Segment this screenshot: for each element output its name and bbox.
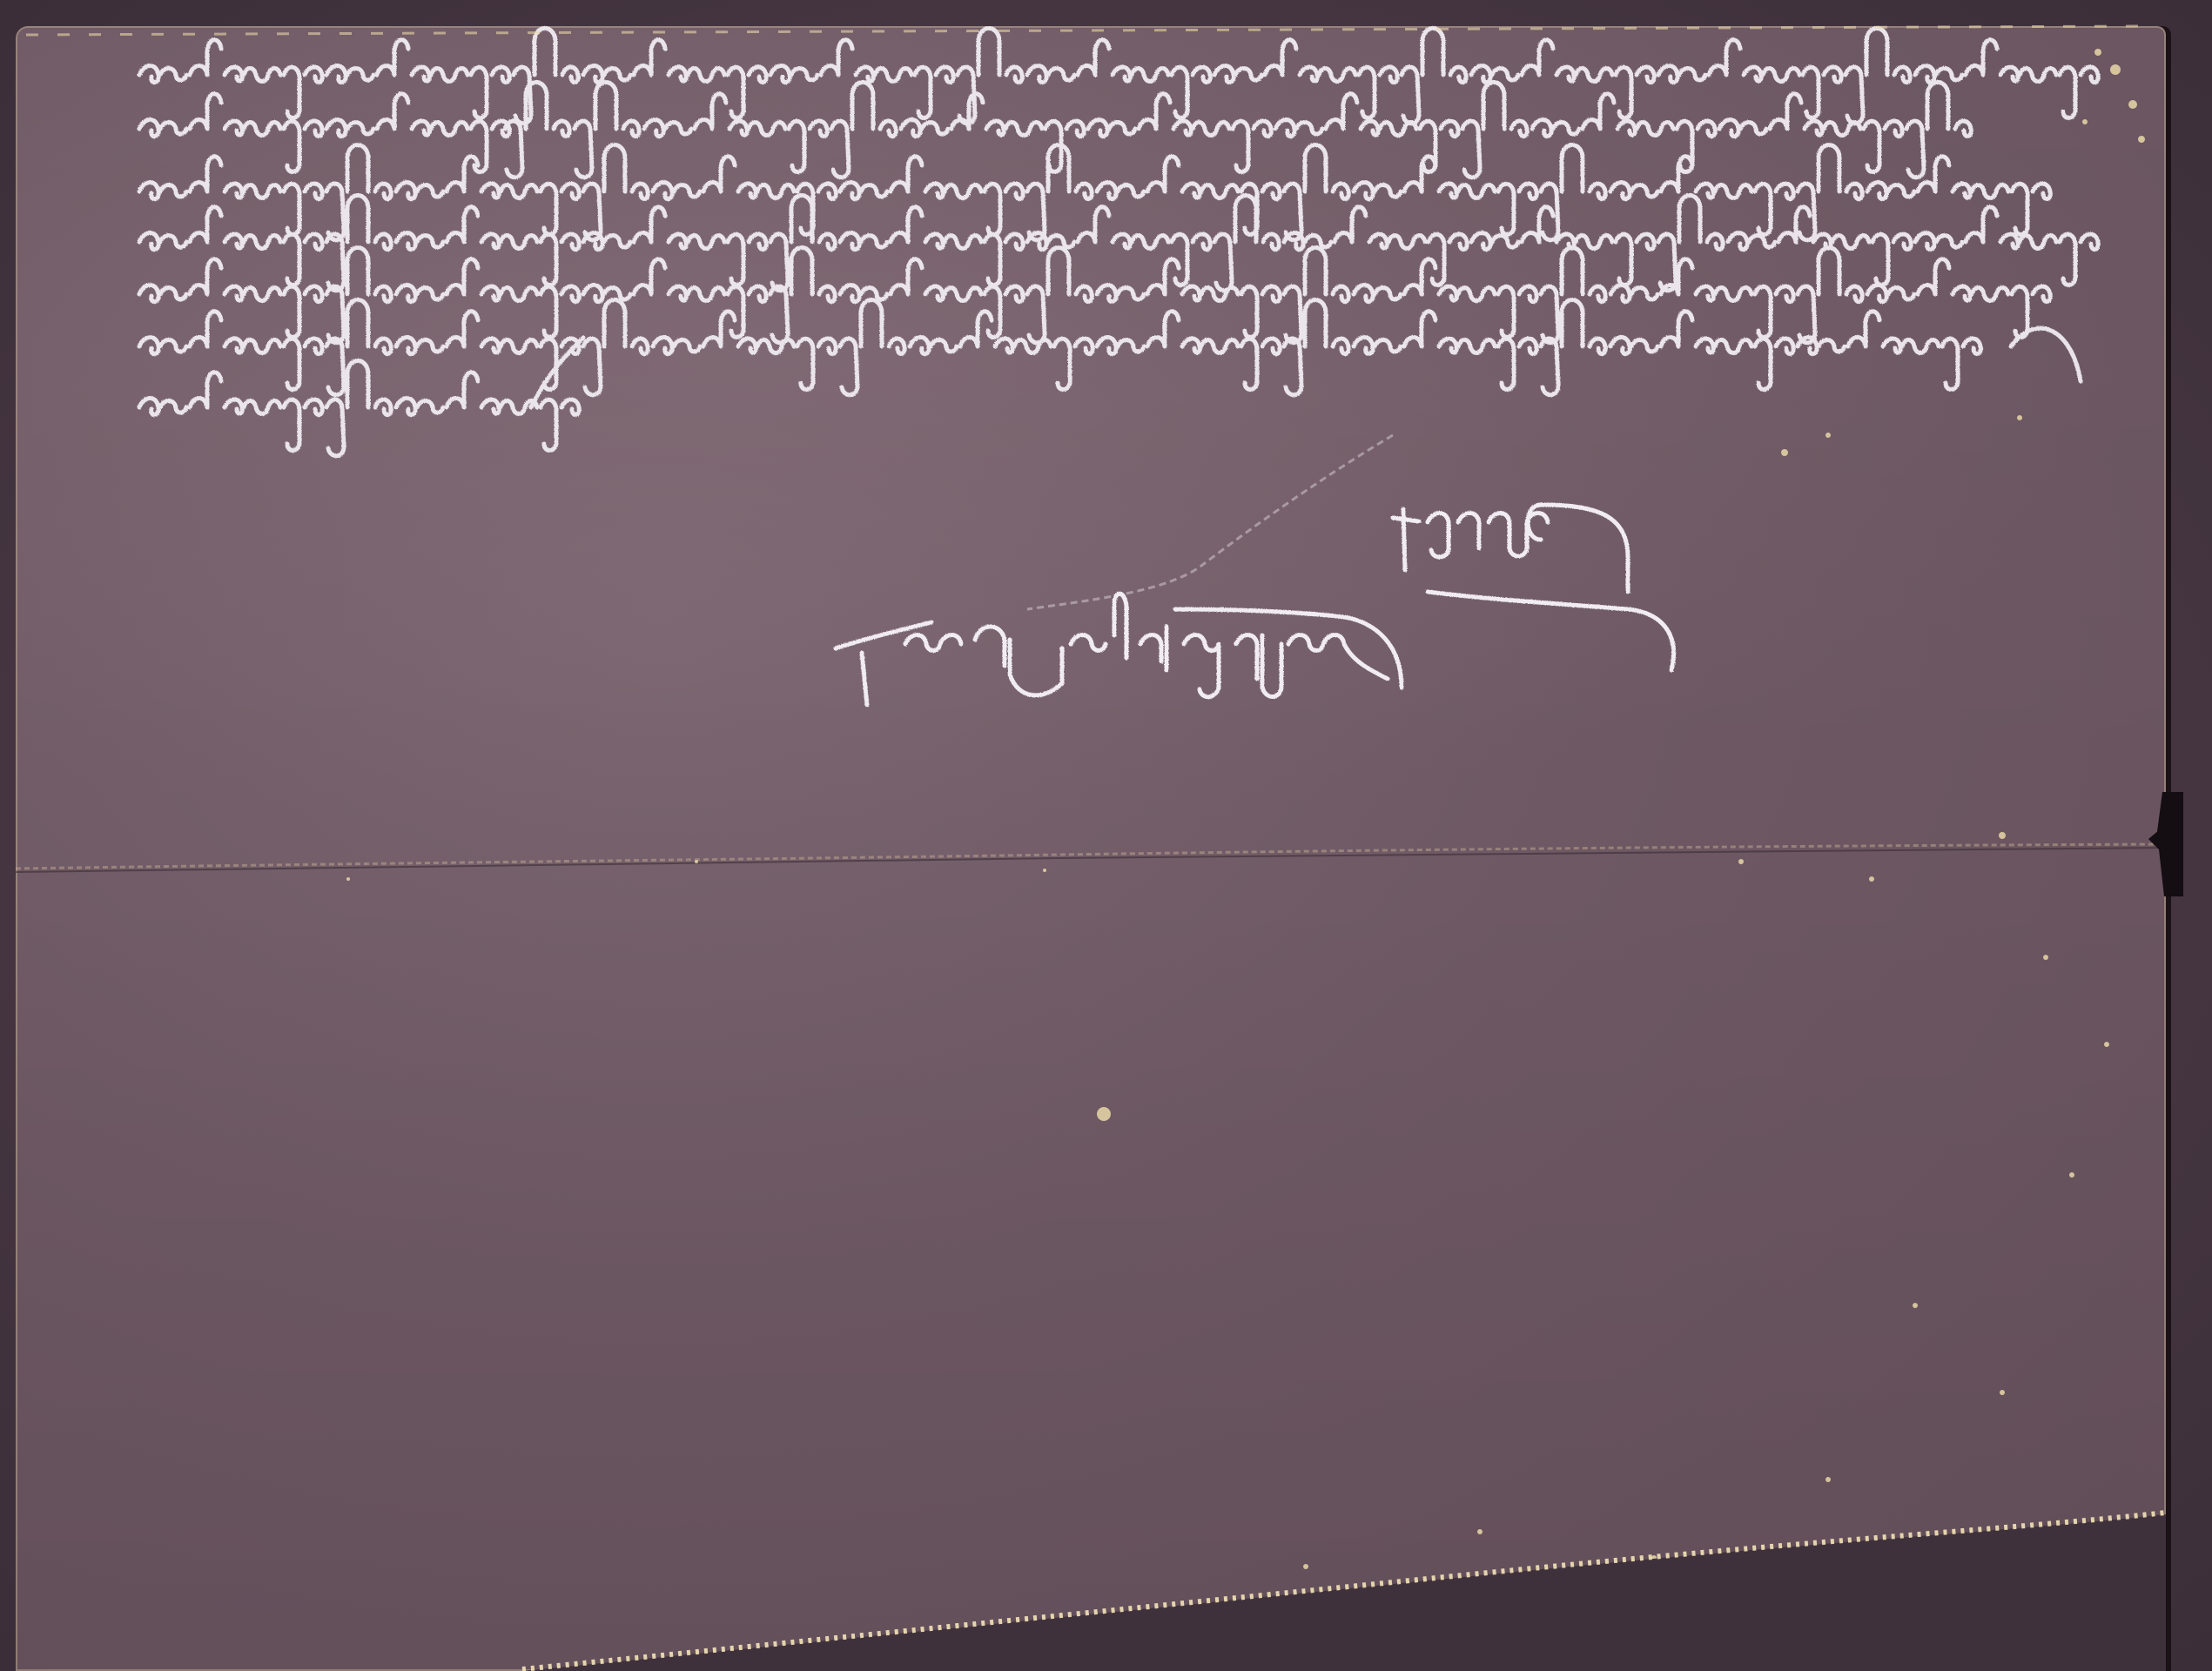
fold-crease <box>16 835 2166 879</box>
